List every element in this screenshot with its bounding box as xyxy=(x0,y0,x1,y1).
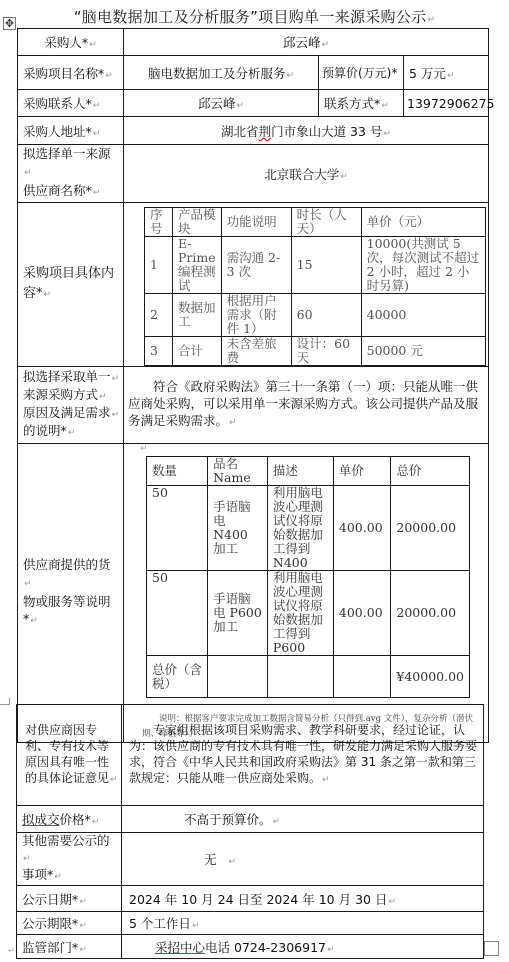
contact-value: 邱云峰↵ xyxy=(124,90,319,117)
goods-th: 品名 Name xyxy=(208,457,268,486)
content-image-cell: 序号 产品模块 功能说明 时长（人天） 单价（元） 1 E-Prime编程测试 … xyxy=(124,203,489,367)
price-label: 拟成交价格*↵ xyxy=(17,806,122,833)
goods-td: 400.00 xyxy=(333,486,390,571)
table-move-handle-icon[interactable]: ✥ xyxy=(3,17,16,30)
supervisor-link[interactable]: 采招中心 xyxy=(155,940,205,955)
goods-td xyxy=(208,656,268,698)
contact-label: 采购联系人*↵ xyxy=(18,90,124,117)
img-th: 序号 xyxy=(145,208,173,237)
announce-period-label: 公示期限*↵ xyxy=(17,912,122,935)
price-value: 不高于预算价。↵ xyxy=(122,806,484,833)
goods-td: 20000.00 xyxy=(391,486,470,571)
goods-th: 数量 xyxy=(147,457,208,486)
goods-td: 手语脑电 P600 加工 xyxy=(208,571,268,656)
budget-value: 5 万元↵ xyxy=(404,56,489,90)
reason-label: 拟选择采取单一↵来源采购方式↵原因及满足需求↵的说明*↵ xyxy=(18,367,124,444)
document-title: “脑电数据加工及分析服务”项目购单一来源采购公示↵ xyxy=(0,6,509,27)
supervisor-value: 采招中心电话 0724-2306917↵ xyxy=(122,935,484,959)
img-td: 60 xyxy=(291,294,361,337)
img-th: 时长（人天） xyxy=(291,208,361,237)
img-td: E-Prime编程测试 xyxy=(173,237,222,294)
img-td: 设计：60 天 xyxy=(291,337,361,366)
goods-label: 供应商提供的货↵物或服务等说明*↵ xyxy=(18,444,124,743)
img-td: 合计 xyxy=(173,337,222,366)
goods-td: 50 xyxy=(147,486,208,571)
content-label: 采购项目具体内容*↵ xyxy=(18,203,124,367)
goods-td: 400.00 xyxy=(333,571,390,656)
purchaser-label: 采购人*↵ xyxy=(18,29,124,56)
goods-td xyxy=(333,656,390,698)
table-resize-handle[interactable] xyxy=(484,941,499,956)
phone-label: 联系方式*↵ xyxy=(319,90,404,117)
img-td: 数据加工 xyxy=(173,294,222,337)
goods-th: 总价 xyxy=(391,457,470,486)
announce-date-label: 公示日期*↵ xyxy=(17,886,122,912)
img-td: 根据用户需求（附件 1） xyxy=(221,294,291,337)
other-items-value: 无↵ xyxy=(122,833,484,886)
supplier-value: 北京联合大学↵ xyxy=(124,145,489,203)
img-th: 产品模块 xyxy=(173,208,222,237)
goods-td: 手语脑电 N400 加工 xyxy=(208,486,268,571)
img-th: 单价（元） xyxy=(361,208,485,237)
paragraph-mark: ↵ xyxy=(140,444,488,456)
goods-td: 20000.00 xyxy=(391,571,470,656)
goods-td xyxy=(267,656,333,698)
supervisor-label: 监管部门*↵ xyxy=(17,935,122,959)
announce-date-value: 2024 年 10 月 24 日至 2024 年 10 月 30 日↵ xyxy=(122,886,484,912)
budget-label: 预算价(万元)* xyxy=(319,56,404,90)
img-td: 1 xyxy=(145,237,173,294)
goods-image-table: 数量 品名 Name 描述 单价 总价 50 手语脑电 N400 加工 利用脑电… xyxy=(146,456,470,698)
justification-table: 对供应商因专利、专有技术等原因具有唯一性的具体论证意见↵ 专家组根据该项目采购需… xyxy=(16,704,484,959)
img-td: 需沟通 2-3 次 xyxy=(221,237,291,294)
img-td: 未含差旅费 xyxy=(221,337,291,366)
goods-image-cell: ↵ 数量 品名 Name 描述 单价 总价 50 手语脑电 N400 加工 利用… xyxy=(124,444,489,743)
other-items-label: 其他需要公示的↵事项*↵ xyxy=(17,833,122,886)
project-name-label: 采购项目名称*↵ xyxy=(18,56,124,90)
goods-td: 利用脑电波心理测试仪将原始数据加工得到 P600 xyxy=(267,571,333,656)
announce-period-value: 5 个工作日↵ xyxy=(122,912,484,935)
page-corner-mark xyxy=(0,698,10,705)
content-image-table: 序号 产品模块 功能说明 时长（人天） 单价（元） 1 E-Prime编程测试 … xyxy=(144,207,486,366)
goods-td: 50 xyxy=(147,571,208,656)
paragraph-mark: ↵ xyxy=(8,946,15,955)
goods-td: ¥40000.00 xyxy=(391,656,470,698)
address-value: 湖北省荆门市象山大道 33 号↵ xyxy=(124,117,489,145)
img-td: 2 xyxy=(145,294,173,337)
img-td: 40000 xyxy=(361,294,485,337)
supplier-label: 拟选择单一来源↵供应商名称*↵ xyxy=(18,145,124,203)
goods-td: 利用脑电波心理测试仪将原始数据加工得到 N400 xyxy=(267,486,333,571)
img-td: 15 xyxy=(291,237,361,294)
reason-value: 符合《政府采购法》第三十一条第（一）项：只能从唯一供应商处采购，可以采用单一来源… xyxy=(124,367,489,444)
address-label: 采购人地址*↵ xyxy=(18,117,124,145)
img-td: 3 xyxy=(145,337,173,366)
project-name-value: 脑电数据加工及分析服务↵ xyxy=(124,56,319,90)
procurement-info-table: 采购人*↵ 邱云峰↵ 采购项目名称*↵ 脑电数据加工及分析服务↵ 预算价(万元)… xyxy=(17,28,489,743)
img-td: 50000 元 xyxy=(361,337,485,366)
img-td: 10000(共测试 5 次，每次测试不超过 2 小时，超过 2 小时另算) xyxy=(361,237,485,294)
goods-td: 总价（含税） xyxy=(147,656,208,698)
purchaser-value: 邱云峰↵ xyxy=(124,29,489,56)
expert-opinion-value: 专家组根据该项目采购需求、教学科研要求，经过论证，认为：该供应商的专有技术具有唯… xyxy=(122,705,484,806)
img-th: 功能说明 xyxy=(221,208,291,237)
phone-value: 13972906275 xyxy=(404,90,489,117)
goods-th: 描述 xyxy=(267,457,333,486)
expert-opinion-label: 对供应商因专利、专有技术等原因具有唯一性的具体论证意见↵ xyxy=(17,705,122,806)
goods-th: 单价 xyxy=(333,457,390,486)
